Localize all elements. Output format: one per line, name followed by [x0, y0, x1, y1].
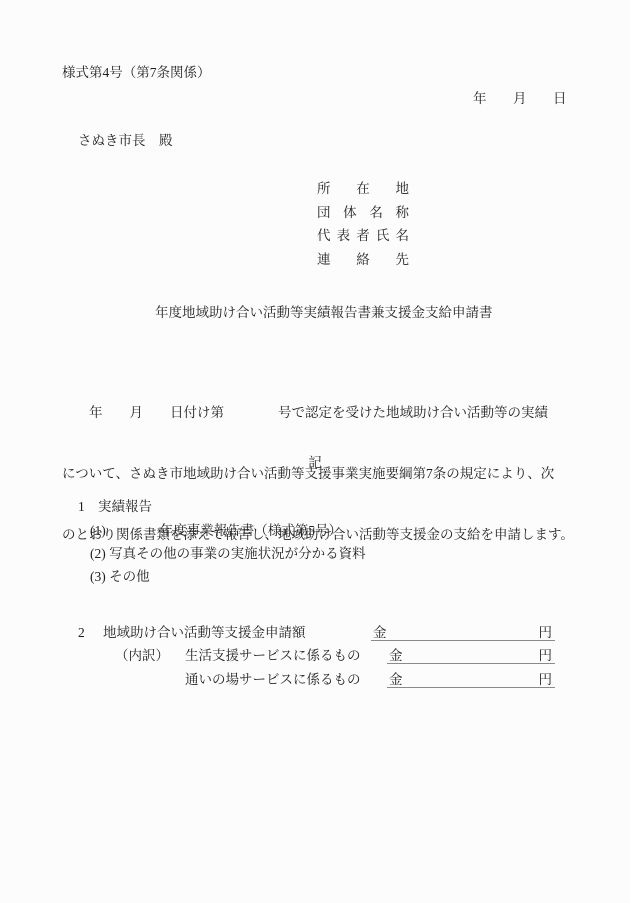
kin-prefix: 金: [389, 647, 403, 664]
section1-number: 1: [78, 498, 85, 515]
section1-item-2: (2) 写真その他の事業の実施状況が分かる資料: [90, 545, 366, 562]
applicant-field-contact: 連絡先: [317, 251, 409, 268]
section1-item-3: (3) その他: [90, 568, 150, 585]
ki-heading: 記: [0, 454, 630, 471]
amount-field-seikatsu-shien: 金 円: [387, 647, 555, 664]
document-page: 様式第4号（第7条関係） 年 月 日 さぬき市長 殿 所在地 団体名称 代表者氏…: [0, 0, 630, 903]
applicant-field-organization-name: 団体名称: [317, 204, 409, 221]
amount-field-total: 金 円: [371, 624, 555, 641]
breakdown-row-label-1: 生活支援サービスに係るもの: [185, 647, 361, 664]
document-title: 年度地域助け合い活動等実績報告書兼支援金支給申請書: [155, 304, 493, 321]
yen-suffix: 円: [539, 624, 553, 641]
kin-prefix: 金: [389, 671, 403, 688]
section1-item-1: (1) 年度事業報告書（様式第5号）: [90, 522, 342, 539]
date-day-label: 日: [553, 90, 567, 107]
addressee: さぬき市長 殿: [78, 132, 173, 149]
breakdown-label: （内訳）: [115, 647, 169, 664]
applicant-field-representative-name: 代表者氏名: [317, 227, 409, 244]
yen-suffix: 円: [539, 647, 553, 664]
section2-number: 2: [78, 624, 85, 641]
date-month-label: 月: [513, 90, 527, 107]
yen-suffix: 円: [539, 671, 553, 688]
breakdown-row-label-2: 通いの場サービスに係るもの: [185, 671, 361, 688]
kin-prefix: 金: [373, 624, 387, 641]
section1-heading: 実績報告: [98, 498, 152, 515]
amount-field-kayoi-no-ba: 金 円: [387, 671, 555, 688]
date-year-label: 年: [473, 90, 487, 107]
applicant-field-location: 所在地: [317, 180, 409, 197]
paragraph-line-1: 年 月 日付け第 号で認定を受けた地域助け合い活動等の実績: [62, 404, 574, 431]
section2-heading: 地域助け合い活動等支援金申請額: [103, 624, 306, 641]
form-number: 様式第4号（第7条関係）: [62, 64, 211, 81]
